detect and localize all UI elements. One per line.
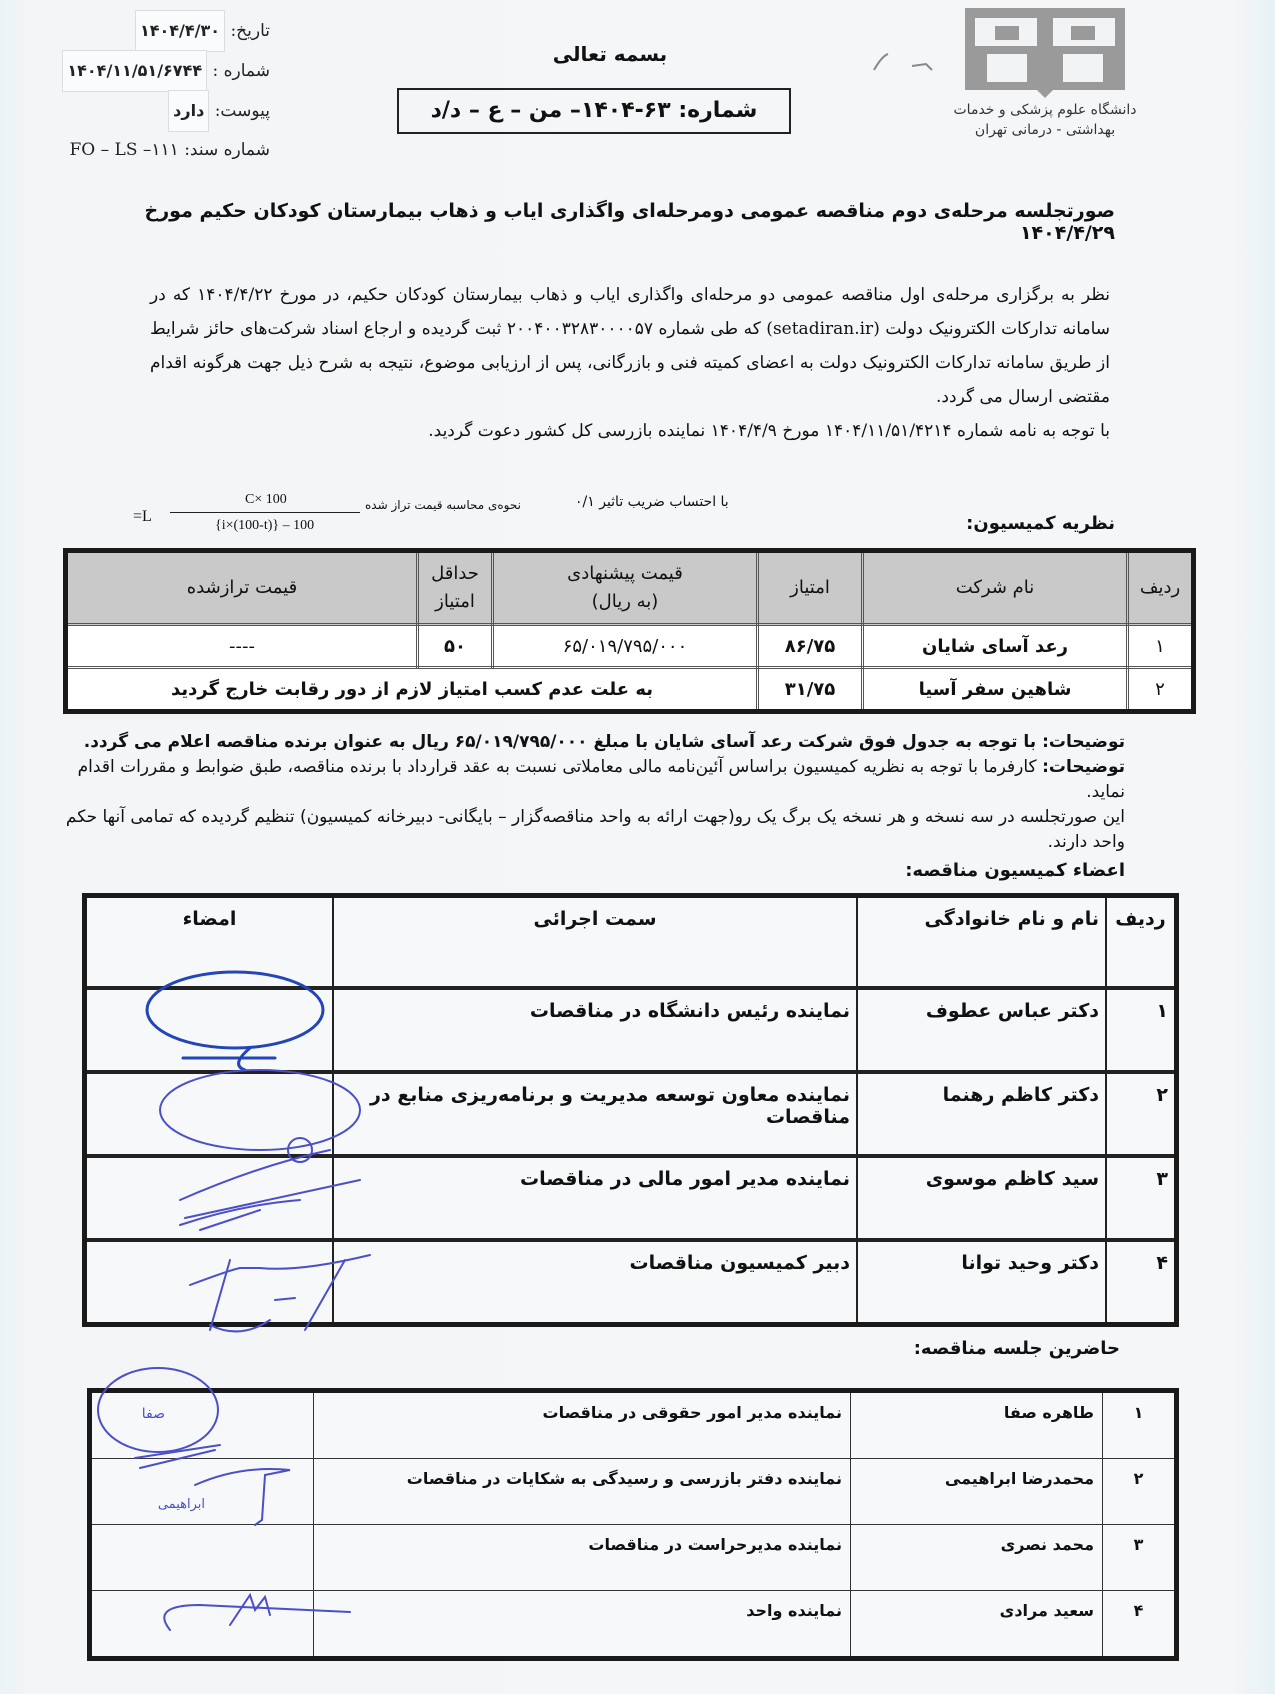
university-name-line2: بهداشتی - درمانی تهران <box>940 120 1150 140</box>
attachment-value: دارد <box>168 90 209 132</box>
cell-price: ۶۵/۰۱۹/۷۹۵/۰۰۰ <box>493 625 758 668</box>
attachment-label: پیوست: <box>215 101 270 121</box>
note-contract: توضیحات: کارفرما با توجه به نظریه کمیسیو… <box>45 755 1125 805</box>
formula-coefficient-label: با احتساب ضریب تاثیر ۰/۱ <box>575 494 729 510</box>
letter-metadata: تاریخ: ۱۴۰۴/۴/۳۰ شماره : ۱۴۰۴/۱۱/۵۱/۶۷۴۴… <box>20 10 270 170</box>
body-paragraph: نظر به برگزاری مرحله‌ی اول مناقصه عمومی … <box>150 278 1110 414</box>
cell-row: ۱ <box>1128 625 1194 668</box>
cell-score: ۸۶/۷۵ <box>758 625 863 668</box>
col-row: ردیف <box>1106 896 1177 989</box>
members-table-header: ردیف نام و نام خانوادگی سمت اجرائی امضاء <box>85 896 1177 989</box>
number-label: شماره : <box>213 61 271 81</box>
cell-signature <box>90 1591 314 1659</box>
formula-lhs: L= <box>133 508 152 526</box>
cell-name: محمد نصری <box>851 1525 1103 1591</box>
formula-method-label: نحوه‌ی محاسبه قیمت تراز شده <box>365 498 521 512</box>
table-row: ۴ سعید مرادی نماینده واحد <box>90 1591 1177 1659</box>
col-row: ردیف <box>1128 551 1194 625</box>
cell-row: ۱ <box>1106 988 1177 1072</box>
cell-signature <box>90 1525 314 1591</box>
table-row: ۱ رعد آسای شایان ۸۶/۷۵ ۶۵/۰۱۹/۷۹۵/۰۰۰ ۵۰… <box>66 625 1194 668</box>
cell-name: دکتر کاظم رهنما <box>857 1072 1106 1156</box>
commission-opinion-label: نظریه کمیسیون: <box>966 513 1115 534</box>
col-min-line1: حداقل <box>425 560 485 588</box>
bird-watermark-icon <box>870 48 950 82</box>
col-price: قیمت پیشنهادی (به ریال) <box>493 551 758 625</box>
cell-score: ۳۱/۷۵ <box>758 668 863 712</box>
date-row: تاریخ: ۱۴۰۴/۴/۳۰ <box>20 10 270 50</box>
document-page: تاریخ: ۱۴۰۴/۴/۳۰ شماره : ۱۴۰۴/۱۱/۵۱/۶۷۴۴… <box>0 0 1275 1694</box>
cell-row: ۳ <box>1106 1156 1177 1240</box>
cell-row: ۲ <box>1128 668 1194 712</box>
date-value: ۱۴۰۴/۴/۳۰ <box>135 10 225 52</box>
cell-name: محمدرضا ابراهیمی <box>851 1459 1103 1525</box>
attendees-table: ۱ طاهره صفا نماینده مدیر امور حقوقی در م… <box>87 1388 1179 1661</box>
body-text: نظر به برگزاری مرحله‌ی اول مناقصه عمومی … <box>150 278 1110 448</box>
document-title: صورتجلسه مرحله‌ی دوم مناقصه عمومی دومرحل… <box>135 200 1115 244</box>
cell-role: نماینده رئیس دانشگاه در مناقصات <box>333 988 857 1072</box>
cell-row: ۲ <box>1103 1459 1177 1525</box>
table-row: ۳ محمد نصری نماینده مدیرحراست در مناقصات <box>90 1525 1177 1591</box>
cell-name: دکتر وحید توانا <box>857 1240 1106 1325</box>
table-row: ۱ طاهره صفا نماینده مدیر امور حقوقی در م… <box>90 1391 1177 1459</box>
cell-role: دبیر کمیسیون مناقصات <box>333 1240 857 1325</box>
notes-section: توضیحات: با توجه به جدول فوق شرکت رعد آس… <box>45 730 1125 855</box>
note-winner: توضیحات: با توجه به جدول فوق شرکت رعد آس… <box>45 730 1125 755</box>
cell-role: نماینده مدیرحراست در مناقصات <box>314 1525 851 1591</box>
cell-signature <box>85 988 334 1072</box>
cell-name: طاهره صفا <box>851 1391 1103 1459</box>
note-contract-text: کارفرما با توجه به نظریه کمیسیون براساس … <box>78 757 1125 802</box>
members-table: ردیف نام و نام خانوادگی سمت اجرائی امضاء… <box>82 893 1179 1327</box>
cell-row: ۲ <box>1106 1072 1177 1156</box>
cell-row: ۳ <box>1103 1525 1177 1591</box>
date-label: تاریخ: <box>230 21 270 41</box>
cell-name: سعید مرادی <box>851 1591 1103 1659</box>
members-label: اعضاء کمیسیون مناقصه: <box>905 860 1125 881</box>
table-row: ۴ دکتر وحید توانا دبیر کمیسیون مناقصات <box>85 1240 1177 1325</box>
col-leveled-price: قیمت ترازشده <box>66 551 418 625</box>
cell-signature <box>90 1391 314 1459</box>
fraction-bar <box>170 512 360 513</box>
table-row: ۲ محمدرضا ابراهیمی نماینده دفتر بازرسی و… <box>90 1459 1177 1525</box>
number-value: ۱۴۰۴/۱۱/۵۱/۶۷۴۴ <box>62 50 207 92</box>
university-name: دانشگاه علوم پزشکی و خدمات بهداشتی - درم… <box>940 100 1150 140</box>
attachment-row: پیوست: دارد <box>20 90 270 130</box>
cell-name: سید کاظم موسوی <box>857 1156 1106 1240</box>
cell-company: شاهین سفر آسیا <box>863 668 1128 712</box>
cell-min-score: ۵۰ <box>418 625 493 668</box>
col-score: امتیاز <box>758 551 863 625</box>
col-company: نام شرکت <box>863 551 1128 625</box>
table-row: ۲ دکتر کاظم رهنما نماینده معاون توسعه مد… <box>85 1072 1177 1156</box>
cell-role: نماینده مدیر امور مالی در مناقصات <box>333 1156 857 1240</box>
note-contract-label: توضیحات: <box>1042 757 1125 777</box>
col-role: سمت اجرائی <box>333 896 857 989</box>
cell-name: دکتر عباس عطوف <box>857 988 1106 1072</box>
attendees-label: حاضرین جلسه مناقصه: <box>914 1338 1120 1359</box>
number-row: شماره : ۱۴۰۴/۱۱/۵۱/۶۷۴۴ <box>20 50 270 90</box>
cell-row: ۱ <box>1103 1391 1177 1459</box>
university-name-line1: دانشگاه علوم پزشکی و خدمات <box>940 100 1150 120</box>
cell-company: رعد آسای شایان <box>863 625 1128 668</box>
cell-row: ۴ <box>1103 1591 1177 1659</box>
doc-number-label: شماره سند: <box>184 140 270 160</box>
cell-role: نماینده واحد <box>314 1591 851 1659</box>
table-row: ۳ سید کاظم موسوی نماینده مدیر امور مالی … <box>85 1156 1177 1240</box>
table-row: ۲ شاهین سفر آسیا ۳۱/۷۵ به علت عدم کسب ام… <box>66 668 1194 712</box>
cell-signature <box>85 1240 334 1325</box>
formula-denominator: 100 – {i×(100-t)} <box>215 518 314 534</box>
cell-signature <box>85 1072 334 1156</box>
university-logo-icon <box>965 8 1125 98</box>
col-signature: امضاء <box>85 896 334 989</box>
cell-role: نماینده دفتر بازرسی و رسیدگی به شکایات د… <box>314 1459 851 1525</box>
formula-numerator: 100 ×C <box>245 492 287 508</box>
reference-number-box: شماره: ۶۳-۱۴۰۴– من – ع – د/د <box>397 88 791 134</box>
col-price-line1: قیمت پیشنهادی <box>500 560 750 588</box>
col-name: نام و نام خانوادگی <box>857 896 1106 989</box>
col-min-score: حداقل امتیاز <box>418 551 493 625</box>
note-copies: این صورتجلسه در سه نسخه و هر نسخه یک برگ… <box>45 805 1125 855</box>
col-min-line2: امتیاز <box>425 588 485 616</box>
bids-table-header: ردیف نام شرکت امتیاز قیمت پیشنهادی (به ر… <box>66 551 1194 625</box>
bismillah-heading: بسمه تعالی <box>460 42 760 66</box>
col-price-line2: (به ریال) <box>500 588 750 616</box>
cell-leveled-price: ---- <box>66 625 418 668</box>
leveled-price-formula: L= 100 ×C 100 – {i×(100-t)} نحوه‌ی محاسب… <box>125 490 805 540</box>
bids-table: ردیف نام شرکت امتیاز قیمت پیشنهادی (به ر… <box>63 548 1196 714</box>
cell-role: نماینده معاون توسعه مدیریت و برنامه‌ریزی… <box>333 1072 857 1156</box>
doc-number-value: FO – LS –۱۱۱ <box>70 140 179 160</box>
table-row: ۱ دکتر عباس عطوف نماینده رئیس دانشگاه در… <box>85 988 1177 1072</box>
doc-number-row: شماره سند: FO – LS –۱۱۱ <box>20 130 270 170</box>
cell-signature <box>90 1459 314 1525</box>
cell-role: نماینده مدیر امور حقوقی در مناقصات <box>314 1391 851 1459</box>
cell-disqualified-note: به علت عدم کسب امتیاز لازم از دور رقابت … <box>66 668 758 712</box>
cell-signature <box>85 1156 334 1240</box>
body-paragraph-2: با توجه به نامه شماره ۱۴۰۴/۱۱/۵۱/۴۲۱۴ مو… <box>150 414 1110 448</box>
cell-row: ۴ <box>1106 1240 1177 1325</box>
